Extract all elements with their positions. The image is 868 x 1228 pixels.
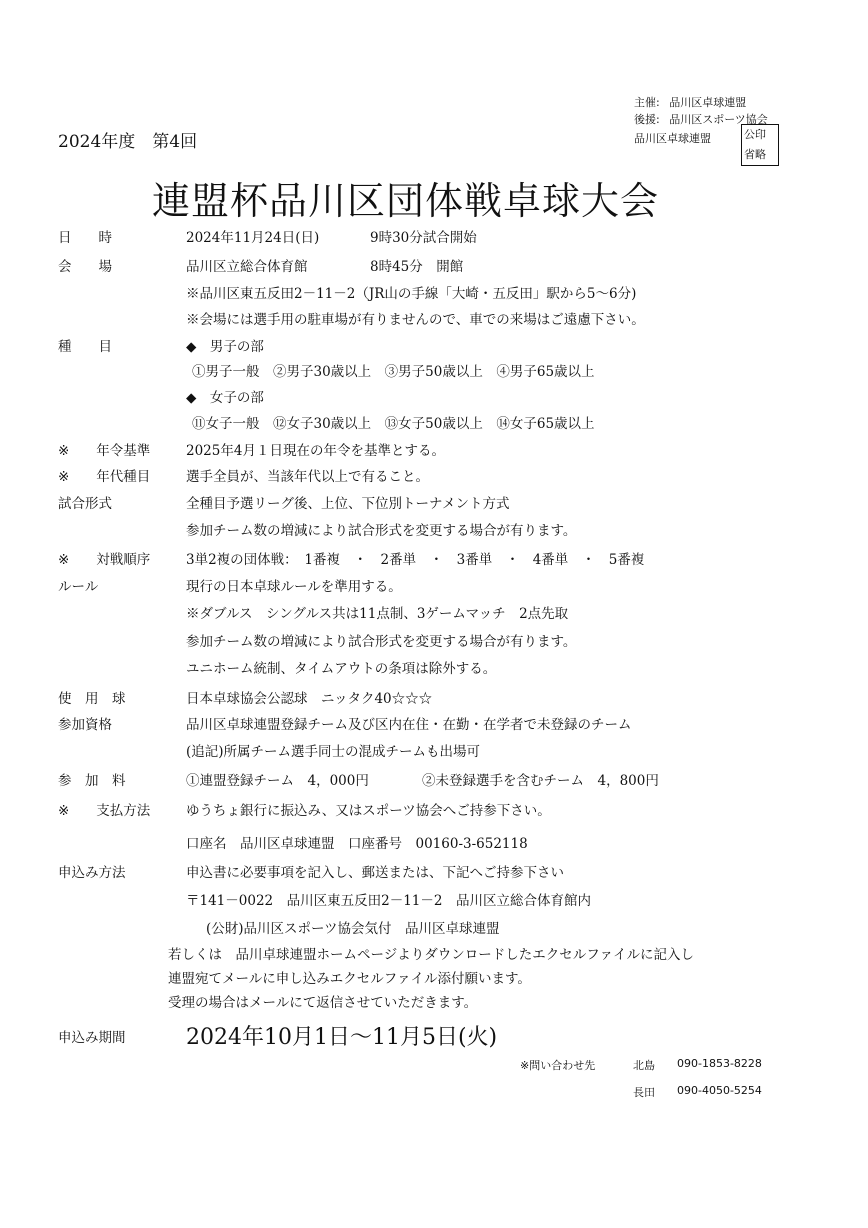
page-title: 連盟杯品川区団体戦卓球大会 bbox=[152, 170, 659, 225]
edition-heading: 2024年度 第4回 bbox=[58, 127, 197, 152]
period-label: 申込み期間 bbox=[58, 1026, 126, 1046]
rules-label: ルール bbox=[58, 575, 98, 595]
match-start: 9時30分試合開始 bbox=[370, 226, 477, 246]
payment-line-1: ゆうちょ銀行に振込み、又はスポーツ協会へご持参下さい。 bbox=[186, 799, 551, 819]
age-category-label: ※ 年代種目 bbox=[58, 465, 150, 485]
payment-label: ※ 支払方法 bbox=[58, 799, 150, 819]
application-label: 申込み方法 bbox=[58, 861, 126, 881]
contact-phone-2: 090-4050-5254 bbox=[677, 1084, 762, 1097]
application-line-6: 受理の場合はメールにて返信させていただきます。 bbox=[168, 991, 477, 1011]
order-label: ※ 対戦順序 bbox=[58, 548, 150, 568]
format-line-2: 参加チーム数の増減により試合形式を変更する場合が有ります。 bbox=[186, 519, 576, 539]
stamp-line-2: 省略 bbox=[744, 145, 778, 165]
host-label: 主催: bbox=[634, 96, 660, 109]
parking-note: ※会場には選手用の駐車場が有りませんので、車での来場はご遠慮下さい。 bbox=[186, 308, 645, 328]
rules-line-2: ※ダブルス シングルス共は11点制、3ゲームマッチ 2点先取 bbox=[186, 602, 568, 622]
eligibility-label: 参加資格 bbox=[58, 713, 112, 733]
eligibility-line-2: (追記)所属チーム選手同士の混成チームも出場可 bbox=[186, 740, 480, 760]
women-division-header: ◆ 女子の部 bbox=[186, 386, 264, 406]
venue-label: 会 場 bbox=[58, 255, 112, 275]
contact-name-1: 北島 bbox=[633, 1057, 655, 1073]
support-label: 後援: bbox=[634, 113, 660, 126]
rules-line-3: 参加チーム数の増減により試合形式を変更する場合が有ります。 bbox=[186, 630, 576, 650]
contact-label: ※問い合わせ先 bbox=[520, 1057, 595, 1073]
fee-registered: ①連盟登録チーム 4，000円 bbox=[186, 769, 369, 789]
host-name: 品川区卓球連盟 bbox=[669, 96, 746, 109]
application-line-5: 連盟宛てメールに申し込みエクセルファイル添付願います。 bbox=[168, 967, 531, 987]
eligibility-line-1: 品川区卓球連盟登録チーム及び区内在住・在勤・在学者で未登録のチーム bbox=[186, 713, 632, 733]
order-value: 3単2複の団体戦： 1番複 ・ 2番単 ・ 3番単 ・ 4番単 ・ 5番複 bbox=[186, 548, 644, 568]
contact-name-2: 長田 bbox=[633, 1084, 655, 1100]
application-period: 2024年10月1日～11月5日(火) bbox=[186, 1020, 497, 1051]
datetime-label: 日 時 bbox=[58, 226, 112, 246]
format-label: 試合形式 bbox=[58, 492, 112, 512]
women-categories: ⑪女子一般 ⑫女子30歳以上 ⑬女子50歳以上 ⑭女子65歳以上 bbox=[192, 412, 595, 432]
men-categories: ①男子一般 ②男子30歳以上 ③男子50歳以上 ④男子65歳以上 bbox=[192, 360, 595, 380]
format-line-1: 全種目予選リーグ後、上位、下位別トーナメント方式 bbox=[186, 492, 509, 512]
fee-label: 参 加 料 bbox=[58, 769, 126, 789]
ball-label: 使 用 球 bbox=[58, 687, 126, 707]
contact-phone-1: 090-1853-8228 bbox=[677, 1057, 762, 1070]
federation-name: 品川区卓球連盟 bbox=[634, 130, 711, 146]
application-line-1: 申込書に必要事項を記入し、郵送または、下記へご持参下さい bbox=[186, 861, 564, 881]
ball-value: 日本卓球協会公認球 ニッタク40☆☆☆ bbox=[186, 687, 432, 707]
seal-omitted-box: 公印 省略 bbox=[741, 124, 779, 166]
rules-line-4: ユニホーム統制、タイムアウトの条項は除外する。 bbox=[186, 657, 496, 677]
mailing-address: 〒141－0022 品川区東五反田2－11－2 品川区立総合体育館内 bbox=[186, 889, 591, 909]
venue-open-time: 8時45分 開館 bbox=[370, 255, 463, 275]
application-line-4: 若しくは 品川卓球連盟ホームページよりダウンロードしたエクセルファイルに記入し bbox=[168, 943, 694, 963]
age-basis-label: ※ 年令基準 bbox=[58, 439, 150, 459]
venue-name: 品川区立総合体育館 bbox=[186, 255, 308, 275]
age-basis-value: 2025年4月１日現在の年令を基準とする。 bbox=[186, 439, 445, 459]
host-line: 主催: 品川区卓球連盟 bbox=[634, 94, 746, 110]
stamp-line-1: 公印 bbox=[744, 125, 778, 145]
bank-account: 口座名 品川区卓球連盟 口座番号 00160-3-652118 bbox=[186, 832, 528, 852]
men-division-header: ◆ 男子の部 bbox=[186, 335, 264, 355]
events-label: 種 目 bbox=[58, 335, 112, 355]
age-category-value: 選手全員が、当該年代以上で有ること。 bbox=[186, 465, 429, 485]
event-date: 2024年11月24日(日) bbox=[186, 226, 319, 246]
venue-address: ※品川区東五反田2－11－2（JR山の手線「大崎・五反田」駅から5～6分) bbox=[186, 282, 636, 302]
care-of: (公財)品川区スポーツ協会気付 品川区卓球連盟 bbox=[206, 917, 500, 937]
fee-unregistered: ②未登録選手を含むチーム 4，800円 bbox=[422, 769, 659, 789]
rules-line-1: 現行の日本卓球ルールを準用する。 bbox=[186, 575, 402, 595]
